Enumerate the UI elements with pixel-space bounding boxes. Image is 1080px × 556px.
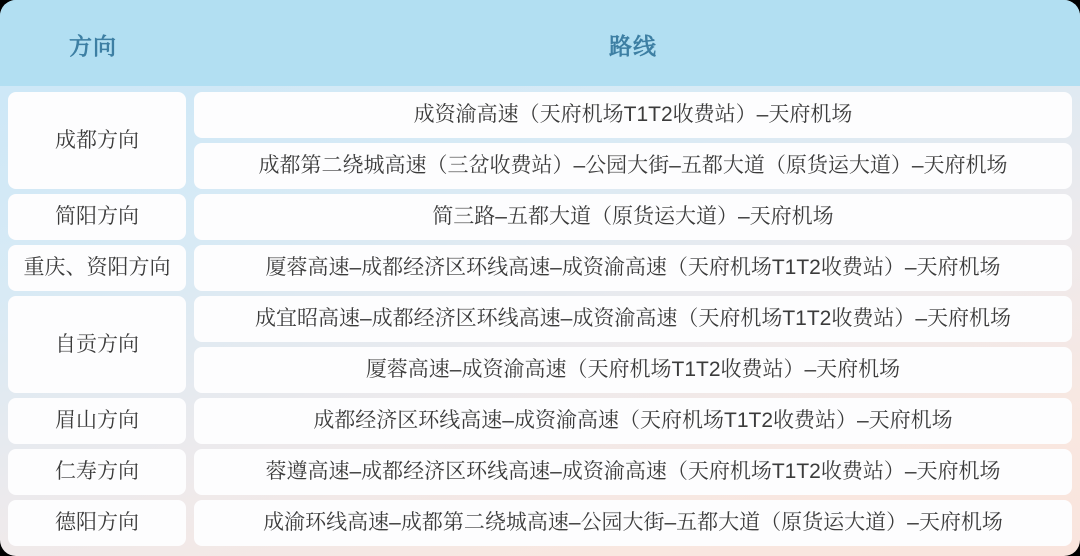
route-cell: 简三路–五都大道（原货运大道）–天府机场 <box>194 194 1072 240</box>
direction-cell-chengdu: 成都方向 <box>8 92 186 189</box>
column-header-route: 路线 <box>186 26 1080 61</box>
direction-cell-jianyang: 简阳方向 <box>8 194 186 240</box>
direction-cell-meishan: 眉山方向 <box>8 398 186 444</box>
route-cell: 厦蓉高速–成资渝高速（天府机场T1T2收费站）–天府机场 <box>194 347 1072 393</box>
route-cell: 成渝环线高速–成都第二绕城高速–公园大街–五都大道（原货运大道）–天府机场 <box>194 500 1072 546</box>
route-cell: 成都第二绕城高速（三岔收费站）–公园大街–五都大道（原货运大道）–天府机场 <box>194 143 1072 189</box>
route-cell: 成都经济区环线高速–成资渝高速（天府机场T1T2收费站）–天府机场 <box>194 398 1072 444</box>
direction-cell-deyang: 德阳方向 <box>8 500 186 546</box>
route-cell: 蓉遵高速–成都经济区环线高速–成资渝高速（天府机场T1T2收费站）–天府机场 <box>194 449 1072 495</box>
route-cell: 厦蓉高速–成都经济区环线高速–成资渝高速（天府机场T1T2收费站）–天府机场 <box>194 245 1072 291</box>
direction-cell-chongqing-ziyang: 重庆、资阳方向 <box>8 245 186 291</box>
route-table-body: 成都方向 简阳方向 重庆、资阳方向 自贡方向 眉山方向 仁寿方向 德阳方向 成资… <box>0 86 1080 546</box>
direction-cell-renshou: 仁寿方向 <box>8 449 186 495</box>
table-header-row: 方向 路线 <box>0 0 1080 86</box>
route-cell: 成宜昭高速–成都经济区环线高速–成资渝高速（天府机场T1T2收费站）–天府机场 <box>194 296 1072 342</box>
route-cell: 成资渝高速（天府机场T1T2收费站）–天府机场 <box>194 92 1072 138</box>
direction-cell-zigong: 自贡方向 <box>8 296 186 393</box>
column-header-direction: 方向 <box>0 26 186 61</box>
route-table-card: 方向 路线 成都方向 简阳方向 重庆、资阳方向 自贡方向 眉山方向 仁寿方向 德… <box>0 0 1080 556</box>
